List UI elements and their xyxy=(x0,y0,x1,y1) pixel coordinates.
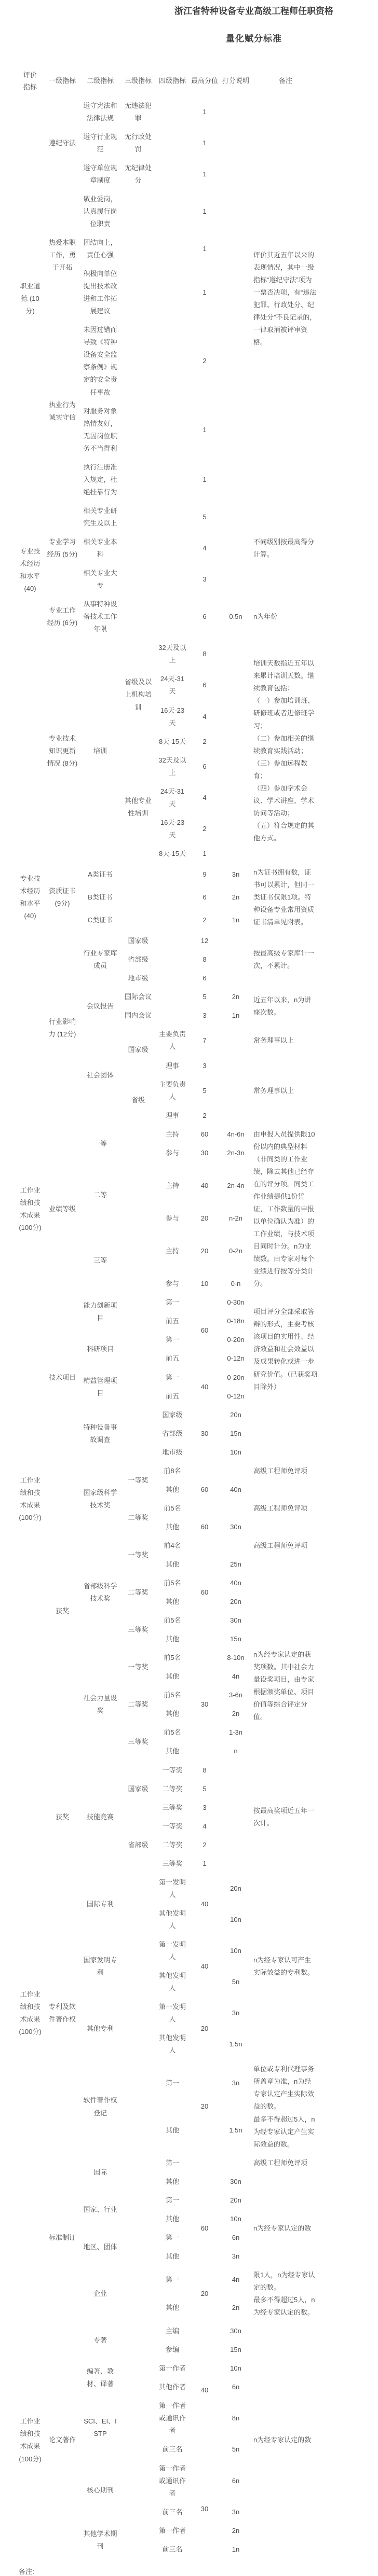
table-cell-empty xyxy=(16,844,45,863)
table-cell: 其他 xyxy=(156,1630,189,1649)
table-cell-empty xyxy=(16,1611,45,1630)
table-cell: 二等奖 xyxy=(120,1574,156,1611)
table-cell: 主持 xyxy=(156,1125,189,1144)
table-cell-empty xyxy=(120,1293,156,1312)
table-cell-empty xyxy=(16,1667,45,1686)
table-cell: 编著、教材、译著 xyxy=(80,2359,120,2397)
table-cell: 3n xyxy=(220,2060,251,2107)
table-cell: 第一作者或通讯作者 xyxy=(156,2397,189,2440)
table-cell-empty xyxy=(16,1106,45,1125)
table-cell-empty xyxy=(16,701,45,732)
table-cell: 1n xyxy=(220,909,251,932)
table-cell: 常务理事以上 xyxy=(251,1025,320,1056)
table-cell-empty xyxy=(120,2294,156,2322)
score-table: 评价 指标 一级指标 二级指标 三级指标 四级指标 最高分值 打分说明 备注 职… xyxy=(16,66,320,2559)
table-cell: 一等奖 xyxy=(156,1817,189,1836)
table-cell-empty xyxy=(120,1144,156,1162)
table-cell-empty xyxy=(120,1904,156,1935)
table-cell-empty xyxy=(220,233,251,265)
table-cell: 其他 xyxy=(156,2294,189,2322)
table-cell: 20 xyxy=(189,2266,220,2322)
table-cell-empty xyxy=(16,1836,45,1854)
table-cell-empty xyxy=(120,1125,156,1144)
table-cell: 积极向单位提出技术改进和工作拓展建议 xyxy=(80,265,120,321)
table-cell-empty xyxy=(251,1443,320,1462)
table-cell-empty xyxy=(120,2029,156,2060)
table-cell-empty xyxy=(16,1057,45,1075)
table-cell: 精益管理项目 xyxy=(80,1368,120,1406)
table-cell-empty xyxy=(120,1331,156,1349)
table-cell: 10n xyxy=(220,1443,251,1462)
table-cell: 国家级 xyxy=(120,1761,156,1817)
table-cell-empty xyxy=(120,1406,156,1424)
table-cell: 执行注册准入规定，杜绝挂靠行为 xyxy=(80,458,120,502)
table-cell-empty xyxy=(220,639,251,670)
table-cell: 2 xyxy=(189,813,220,844)
table-cell: 二等奖 xyxy=(120,1686,156,1723)
table-cell-empty xyxy=(156,595,189,639)
table-cell: 8 xyxy=(189,950,220,969)
table-cell: 一等奖 xyxy=(120,1536,156,1574)
table-cell-empty xyxy=(220,321,251,401)
table-cell: 40n xyxy=(220,1574,251,1592)
table-cell-empty xyxy=(251,1592,320,1611)
table-cell: 1n xyxy=(220,1006,251,1025)
table-cell-empty xyxy=(120,2322,156,2340)
table-cell-empty xyxy=(156,190,189,233)
table-cell: 核心期刊 xyxy=(80,2459,120,2522)
table-cell-empty xyxy=(16,1798,45,1817)
table-cell: B类证书 xyxy=(80,886,120,909)
table-cell: n-2n xyxy=(220,1209,251,1228)
table-cell-empty xyxy=(120,1443,156,1462)
table-cell-empty xyxy=(220,502,251,533)
table-cell-empty xyxy=(16,1387,45,1406)
table-cell-empty xyxy=(120,909,156,932)
table-cell-empty xyxy=(220,1499,251,1518)
table-cell: 国家级 xyxy=(120,932,156,950)
table-cell-empty xyxy=(251,2029,320,2060)
table-cell: 按最高奖项近五年一次计。 xyxy=(251,1761,320,1873)
table-cell-empty xyxy=(16,1312,45,1331)
table-cell: 国家、行业 xyxy=(80,2191,120,2228)
table-cell-empty xyxy=(251,1873,320,1904)
table-cell: 省级及以上机构培训 xyxy=(120,639,156,751)
table-cell: 0-18n xyxy=(220,1312,251,1331)
table-cell-empty xyxy=(120,2397,156,2440)
table-cell: 地市级 xyxy=(156,1443,189,1462)
table-cell-empty xyxy=(120,2060,156,2107)
table-cell: 4n xyxy=(220,2266,251,2294)
table-cell: 一等奖 xyxy=(120,1462,156,1499)
table-cell-empty xyxy=(16,1443,45,1462)
table-cell-empty xyxy=(220,969,251,988)
table-cell: 20n xyxy=(220,1592,251,1611)
column-header: 备注 xyxy=(251,66,320,96)
table-cell-empty xyxy=(220,1817,251,1836)
table-cell: 0-12n xyxy=(220,1349,251,1368)
table-cell: 60 xyxy=(189,1293,220,1368)
table-cell-empty xyxy=(120,886,156,909)
table-cell: 3n xyxy=(220,2247,251,2266)
table-cell-empty xyxy=(16,2294,45,2322)
table-cell: 省级 xyxy=(120,1075,156,1125)
table-cell: 地市级 xyxy=(120,969,156,988)
table-cell: 40 xyxy=(189,1935,220,1998)
table-cell-empty xyxy=(120,564,156,595)
table-cell: 团结向上，责任心强 xyxy=(80,233,120,265)
table-cell: 地区、团体 xyxy=(80,2228,120,2266)
table-cell: 5 xyxy=(189,1075,220,1106)
table-cell: 8 xyxy=(189,1761,220,1780)
table-cell: 第一 xyxy=(156,1368,189,1387)
table-cell-empty xyxy=(120,2359,156,2378)
table-cell-empty xyxy=(120,1966,156,1998)
table-cell: 7 xyxy=(189,1025,220,1056)
table-row: 工作业绩和技术成果 (100分)业绩等级一等主持604n-6n由申报人员提供限1… xyxy=(16,1125,320,1144)
table-cell: 国家级 xyxy=(120,1025,156,1075)
table-cell: 对服务对象热情友好，无因岗位职务不当得利 xyxy=(80,402,120,458)
table-cell: 其他专利 xyxy=(80,1998,120,2060)
table-cell-empty xyxy=(220,813,251,844)
table-cell: 第一 xyxy=(156,2266,189,2294)
table-cell: 1 xyxy=(189,96,220,128)
column-header: 评价 指标 xyxy=(16,66,45,96)
table-cell: 三等奖 xyxy=(156,1854,189,1873)
table-cell: 3 xyxy=(189,564,220,595)
table-cell-empty xyxy=(251,1518,320,1536)
table-cell: 工作业绩和技术成果 (100分) xyxy=(16,1873,45,2154)
table-cell-empty xyxy=(220,1536,251,1555)
table-cell: 40n xyxy=(220,1480,251,1499)
table-cell: 其他作者 xyxy=(156,2378,189,2397)
table-cell-empty xyxy=(251,1480,320,1499)
table-cell: 资质证书 (9分) xyxy=(45,863,80,932)
table-cell: 8 xyxy=(189,639,220,670)
table-cell: 高级工程师免评项 xyxy=(251,1499,320,1518)
table-cell: 二等 xyxy=(80,1162,120,1228)
table-cell: 40 xyxy=(189,1368,220,1406)
table-cell: 未因过错而导致《特种设备安全监察条例》规定的安全责任事故 xyxy=(80,321,120,401)
table-cell: 前三名 xyxy=(156,2440,189,2459)
table-cell-empty xyxy=(16,782,45,813)
table-cell-empty xyxy=(16,969,45,988)
table-cell-empty xyxy=(220,190,251,233)
table-cell: 30n xyxy=(220,2322,251,2340)
table-cell: 3n xyxy=(220,863,251,886)
column-header: 三级指标 xyxy=(120,66,156,96)
table-cell: 三等奖 xyxy=(156,1798,189,1817)
table-cell: 60 xyxy=(189,2191,220,2266)
table-cell: 20 xyxy=(189,2060,220,2153)
table-cell-empty xyxy=(120,2247,156,2266)
table-cell-empty xyxy=(220,458,251,502)
table-cell-empty xyxy=(156,950,189,969)
table-cell-empty xyxy=(120,1349,156,1368)
table-cell: 专业技术经历和水平 (40) xyxy=(16,863,45,932)
table-cell: 第一作者 xyxy=(156,2359,189,2378)
table-cell: 不同级别按最高得分计算。 xyxy=(251,502,320,595)
table-cell-empty xyxy=(189,1499,220,1518)
table-row: 行业影响力 (12分)行业专家库成员国家级12按最高级专家库计一次，不累计。 xyxy=(16,932,320,950)
table-cell: 科研项目 xyxy=(80,1331,120,1368)
table-cell-empty xyxy=(120,533,156,564)
table-cell: 其他 xyxy=(156,2107,189,2154)
table-cell: 业绩等级 xyxy=(45,1125,80,1294)
table-cell: 20 xyxy=(189,1228,220,1275)
table-cell: 省部级科学技术奖 xyxy=(80,1536,120,1649)
table-cell-empty xyxy=(156,564,189,595)
table-cell: 2n xyxy=(220,2522,251,2540)
table-cell: 16天-23天 xyxy=(156,813,189,844)
table-cell: 4 xyxy=(189,533,220,564)
table-cell: 相关专业大专 xyxy=(80,564,120,595)
table-cell: 第一发明人 xyxy=(156,1935,189,1966)
table-cell-empty xyxy=(16,2247,45,2266)
table-row: 专业技术经历和水平 (40)资质证书 (9分)A类证书93nn为证书拥有数，证书… xyxy=(16,863,320,886)
table-cell: 专业学习经历 (5分) xyxy=(45,502,80,595)
table-cell: 按最高级专家库计一次，不累计。 xyxy=(251,932,320,988)
table-cell: 1n xyxy=(220,2540,251,2559)
table-cell-empty xyxy=(156,863,189,886)
table-cell-empty xyxy=(156,502,189,533)
table-cell: 专业技术经历和水平 (40) xyxy=(16,502,45,639)
table-cell-empty xyxy=(220,564,251,595)
table-cell: 获奖 xyxy=(45,1462,80,1761)
table-cell-empty xyxy=(220,1761,251,1780)
table-cell: 8天-15天 xyxy=(156,732,189,751)
table-cell: 前5名 xyxy=(156,1574,189,1592)
table-cell-empty xyxy=(220,1836,251,1854)
table-cell: 其他专业性培训 xyxy=(120,751,156,863)
table-cell: 遵守宪法和法律法规 xyxy=(80,96,120,128)
table-cell: 获奖 xyxy=(45,1761,80,1873)
table-cell: 参与 xyxy=(156,1144,189,1162)
table-cell: 第一发明人 xyxy=(156,1998,189,2029)
table-header-row: 评价 指标 一级指标 二级指标 三级指标 四级指标 最高分值 打分说明 备注 xyxy=(16,66,320,96)
table-cell: 执业行为诚实守信 xyxy=(45,321,80,502)
table-cell: 5 xyxy=(189,1780,220,1798)
table-cell: 前5名 xyxy=(156,1686,189,1705)
table-cell-empty xyxy=(156,533,189,564)
table-cell-empty xyxy=(120,2522,156,2540)
table-cell: 其他发明人 xyxy=(156,1904,189,1935)
table-cell-empty xyxy=(220,402,251,458)
table-cell: 5n xyxy=(220,1966,251,1998)
table-cell: 2 xyxy=(189,1836,220,1854)
table-row: 职业道德 (10分)遵纪守法遵守宪法和法律法规无违法犯罪1评价其近五年以来的表现… xyxy=(16,96,320,128)
table-cell: 32天及以上 xyxy=(156,639,189,670)
table-cell: 10n xyxy=(220,2359,251,2378)
table-cell: 行业专家库成员 xyxy=(80,932,120,988)
table-cell-empty xyxy=(16,1780,45,1798)
table-cell-empty xyxy=(120,233,156,265)
table-cell: SCI、EI、ISTP xyxy=(80,2397,120,2459)
table-cell: 其他 xyxy=(156,2172,189,2191)
document-header: 浙江省特种设备专业高级工程师任职资格 量化赋分标准 xyxy=(130,5,378,44)
table-cell: 工作业绩和技术成果 (100分) xyxy=(16,1125,45,1294)
table-cell: 30n xyxy=(220,2172,251,2191)
table-cell: 其他 xyxy=(156,1480,189,1499)
table-cell: 4 xyxy=(189,701,220,732)
table-cell-empty xyxy=(220,128,251,159)
table-cell-empty xyxy=(220,1025,251,1056)
table-cell: 2n xyxy=(220,2294,251,2322)
table-cell: 省部级 xyxy=(120,1817,156,1873)
table-cell: 行业影响力 (12分) xyxy=(45,932,80,1125)
table-cell: 参与 xyxy=(156,1209,189,1228)
table-cell: 40 xyxy=(189,1162,220,1209)
table-cell-empty xyxy=(16,1592,45,1611)
table-cell: 20 xyxy=(189,1209,220,1228)
table-cell: 省部级 xyxy=(156,1424,189,1443)
table-cell: 企业 xyxy=(80,2266,120,2322)
table-cell: 职业道德 (10分) xyxy=(16,96,45,502)
table-cell: 2n xyxy=(220,886,251,909)
table-cell: 40 xyxy=(189,2322,220,2459)
table-cell: 软件著作权登记 xyxy=(80,2060,120,2153)
table-cell-empty xyxy=(16,1349,45,1368)
table-cell-empty xyxy=(16,670,45,701)
table-cell-empty xyxy=(16,1536,45,1555)
table-cell: 项目评分全部采取答辩的形式，主要考核该项目的实用性、经济效益和社会效益以及成果转… xyxy=(251,1293,320,1405)
table-cell: 高级工程师免评项 xyxy=(251,2154,320,2172)
table-cell-empty xyxy=(16,1723,45,1742)
table-cell: 2 xyxy=(189,909,220,932)
table-cell: 参与 xyxy=(156,1275,189,1293)
table-cell: 1 xyxy=(189,844,220,863)
table-cell: 相关专业本科 xyxy=(80,533,120,564)
table-cell: 由申报人员提供限10份以内的典型材料（非同类的工作业绩，除去其他已经存在的评分项… xyxy=(251,1125,320,1294)
table-cell: 8n xyxy=(220,2397,251,2440)
table-cell-empty xyxy=(16,1006,45,1025)
table-cell: 其他 xyxy=(156,1742,189,1761)
table-cell-empty xyxy=(16,1630,45,1649)
table-cell: 二等奖 xyxy=(120,1499,156,1536)
table-cell: 第一作者或通讯作者 xyxy=(156,2459,189,2503)
table-cell: 其他学术期刊 xyxy=(80,2522,120,2559)
table-cell: 无行政处罚 xyxy=(120,128,156,159)
column-header: 打分说明 xyxy=(220,66,251,96)
table-cell-empty xyxy=(120,502,156,533)
table-cell: 2 xyxy=(189,732,220,751)
table-cell: 三等 xyxy=(80,1228,120,1293)
table-cell-empty xyxy=(120,458,156,502)
table-cell-empty xyxy=(220,159,251,190)
table-header: 评价 指标 一级指标 二级指标 三级指标 四级指标 最高分值 打分说明 备注 xyxy=(16,66,320,96)
table-cell: 主要负责人 xyxy=(156,1025,189,1056)
table-cell: 第一 xyxy=(156,1293,189,1312)
table-cell: 6 xyxy=(189,670,220,701)
table-cell: 30 xyxy=(189,2459,220,2559)
table-cell: 近五年以来，n为讲座次数。 xyxy=(251,988,320,1025)
table-cell: 3 xyxy=(189,1798,220,1817)
table-cell: 敬业爱岗，认真履行岗位职责 xyxy=(80,190,120,233)
table-cell: 前五 xyxy=(156,1387,189,1406)
table-cell: 专业工作经历 (6分) xyxy=(45,595,80,639)
table-cell-empty xyxy=(156,128,189,159)
table-cell: 论文著作 xyxy=(45,2322,80,2559)
table-cell: 国家级科学技术奖 xyxy=(80,1462,120,1536)
table-cell: 20 xyxy=(189,1998,220,2060)
table-cell-empty xyxy=(16,1649,45,1667)
table-cell-empty xyxy=(120,2540,156,2559)
table-cell: 单位或专利代理事务所盖章为准，n为经专家认定产生实际效益的数。 最多不得超过5人… xyxy=(251,2060,320,2153)
table-row: 专业技术经历和水平 (40)专业学习经历 (5分)相关专业研究生及以上5不同级别… xyxy=(16,502,320,533)
table-cell-empty xyxy=(156,458,189,502)
table-cell: 社会力量设奖 xyxy=(80,1649,120,1761)
table-cell: 第一 xyxy=(156,2060,189,2107)
table-cell-empty xyxy=(16,2210,45,2228)
table-cell: 1 xyxy=(189,402,220,458)
table-cell-empty xyxy=(16,1406,45,1424)
table-cell: n为经专家认定的数 xyxy=(251,2322,320,2559)
table-cell: 1 xyxy=(189,265,220,321)
table-cell: 0-2n xyxy=(220,1228,251,1275)
table-cell: 0-12n xyxy=(220,1387,251,1406)
table-cell: 前五 xyxy=(156,1312,189,1331)
table-row: 专业技术知识更新情况 (8分)培训省级及以上机构培训32天及以上8培训天数指近五… xyxy=(16,639,320,670)
table-cell: 15n xyxy=(220,2340,251,2359)
table-cell: 3n xyxy=(220,1998,251,2029)
table-cell-empty xyxy=(16,988,45,1006)
table-cell: 3n xyxy=(220,2503,251,2522)
table-cell: 4n-6n xyxy=(220,1125,251,1144)
table-cell: n为证书拥有数，证书可以累计，但同一类证书仅限1项。特种设备专业常用资质证书清单… xyxy=(251,863,320,932)
table-cell-empty xyxy=(220,1854,251,1873)
table-cell: 前5名 xyxy=(156,1649,189,1667)
table-cell-empty xyxy=(220,1106,251,1125)
table-cell: 前8名 xyxy=(156,1462,189,1480)
table-cell: 主持 xyxy=(156,1228,189,1275)
table-cell-empty xyxy=(120,2172,156,2191)
table-cell: 遵纪守法 xyxy=(45,96,80,190)
table-cell: n为经专家认可产生实际效益的专利数。 xyxy=(251,1935,320,1998)
table-cell: 遵守行业规范 xyxy=(80,128,120,159)
table-cell-empty xyxy=(16,2228,45,2247)
table-cell-empty xyxy=(16,2266,45,2294)
table-cell: 0-20n xyxy=(220,1331,251,1349)
table-cell-empty xyxy=(156,321,189,401)
table-cell-empty xyxy=(156,886,189,909)
table-cell: 三等奖 xyxy=(120,1723,156,1761)
table-cell-empty xyxy=(120,2210,156,2228)
table-cell: 40 xyxy=(189,1873,220,1935)
table-cell-empty xyxy=(16,2172,45,2191)
table-cell-empty xyxy=(156,96,189,128)
table-cell-empty xyxy=(16,1742,45,1761)
table-cell-empty xyxy=(120,2378,156,2397)
table-cell: 二等奖 xyxy=(156,1780,189,1798)
table-cell-empty xyxy=(251,1406,320,1424)
table-cell-empty xyxy=(251,1057,320,1075)
table-cell-empty xyxy=(220,2154,251,2172)
table-cell: 一等奖 xyxy=(156,1761,189,1780)
table-cell-empty xyxy=(120,863,156,886)
table-cell-empty xyxy=(220,96,251,128)
table-cell-empty xyxy=(156,159,189,190)
table-cell: 10 xyxy=(189,1275,220,1293)
table-cell: 主编 xyxy=(156,2322,189,2340)
table-cell-empty xyxy=(16,1293,45,1312)
table-cell: 5 xyxy=(189,502,220,533)
table-cell: 30 xyxy=(189,1649,220,1761)
table-cell: 评价其近五年以来的表现情况，其中一级指标“遵纪守法”项为一票否决项，有“违法犯罪… xyxy=(251,96,320,502)
table-cell: 20n xyxy=(220,1873,251,1904)
table-cell-empty xyxy=(156,909,189,932)
table-cell: 技能竞赛 xyxy=(80,1761,120,1873)
table-cell: 6 xyxy=(189,595,220,639)
